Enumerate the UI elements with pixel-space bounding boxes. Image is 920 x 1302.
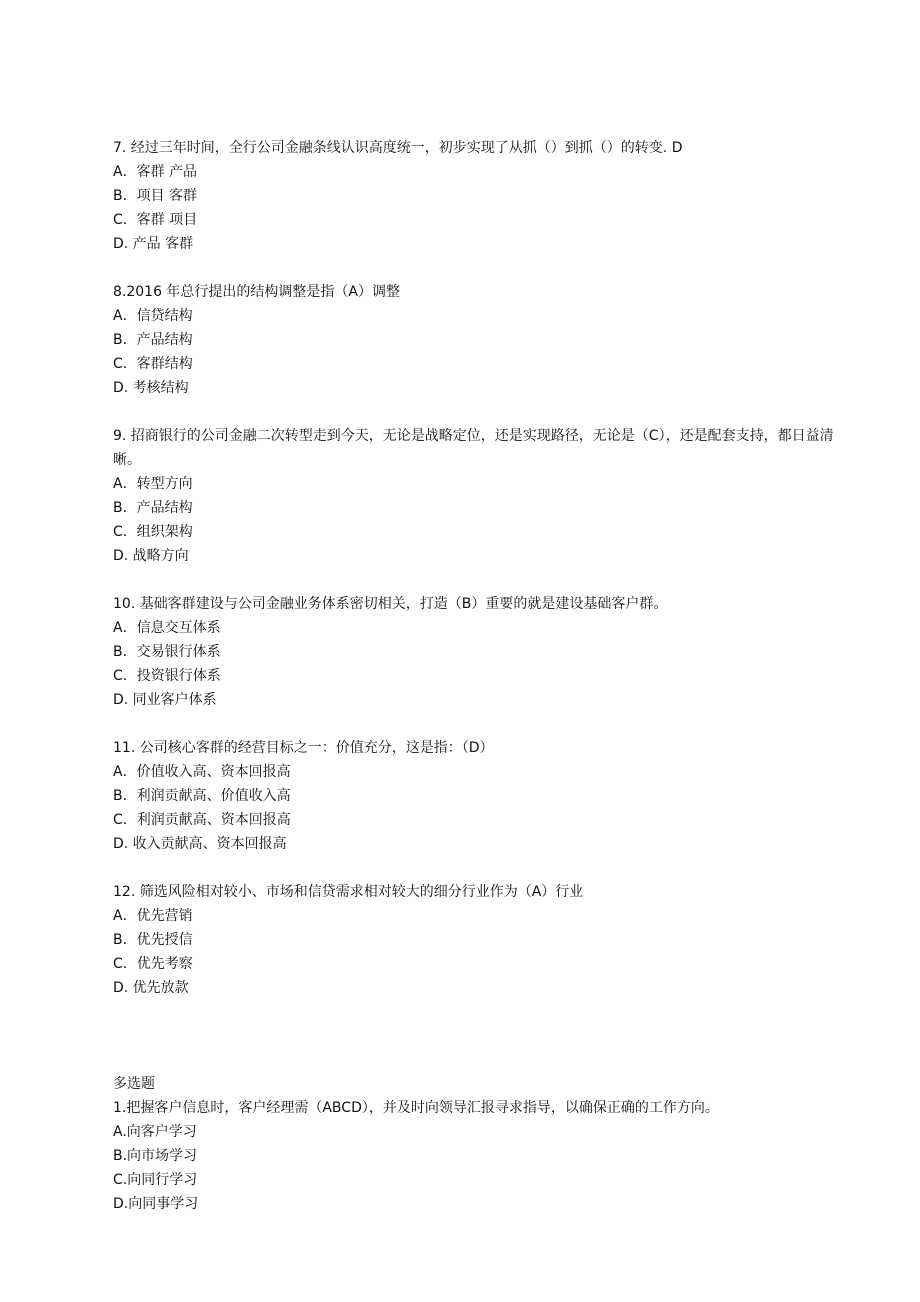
option-b: B．优先授信 — [113, 928, 853, 952]
option-a: A．信息交互体系 — [113, 616, 853, 640]
document-content: 7. 经过三年时间，全行公司金融条线认识高度统一，初步实现了从抓（）到抓（）的转… — [113, 136, 853, 1240]
option-b: B．交易银行体系 — [113, 640, 853, 664]
option-b: B.向市场学习 — [113, 1144, 853, 1168]
question-7: 7. 经过三年时间，全行公司金融条线认识高度统一，初步实现了从抓（）到抓（）的转… — [113, 136, 853, 256]
option-a: A．客群 产品 — [113, 160, 853, 184]
option-d: D. 同业客户体系 — [113, 688, 853, 712]
option-c: C．客群 项目 — [113, 208, 853, 232]
option-b: B．项目 客群 — [113, 184, 853, 208]
question-stem: 9. 招商银行的公司金融二次转型走到今天，无论是战略定位，还是实现路径，无论是（… — [113, 424, 853, 472]
question-9: 9. 招商银行的公司金融二次转型走到今天，无论是战略定位，还是实现路径，无论是（… — [113, 424, 853, 568]
question-stem: 10. 基础客群建设与公司金融业务体系密切相关，打造（B）重要的就是建设基础客户… — [113, 592, 853, 616]
option-a: A．优先营销 — [113, 904, 853, 928]
question-stem: 1.把握客户信息时，客户经理需（ABCD），并及时向领导汇报寻求指导，以确保正确… — [113, 1096, 853, 1120]
option-c: C．投资银行体系 — [113, 664, 853, 688]
question-stem: 12. 筛选风险相对较小、市场和信贷需求相对较大的细分行业作为（A）行业 — [113, 880, 853, 904]
question-stem: 8.2016 年总行提出的结构调整是指（A）调整 — [113, 280, 853, 304]
option-d: D. 考核结构 — [113, 376, 853, 400]
option-c: C．组织架构 — [113, 520, 853, 544]
option-c: C．客群结构 — [113, 352, 853, 376]
option-d: D. 收入贡献高、资本回报高 — [113, 832, 853, 856]
option-d: D. 产品 客群 — [113, 232, 853, 256]
question-8: 8.2016 年总行提出的结构调整是指（A）调整 A．信贷结构 B．产品结构 C… — [113, 280, 853, 400]
option-a: A．价值收入高、资本回报高 — [113, 760, 853, 784]
option-c: C．优先考察 — [113, 952, 853, 976]
option-d: D.向同事学习 — [113, 1192, 853, 1216]
section-spacer — [113, 1024, 853, 1072]
multi-choice-section: 多选题 1.把握客户信息时，客户经理需（ABCD），并及时向领导汇报寻求指导，以… — [113, 1072, 853, 1216]
question-11: 11. 公司核心客群的经营目标之一：价值充分，这是指：（D） A．价值收入高、资… — [113, 736, 853, 856]
question-12: 12. 筛选风险相对较小、市场和信贷需求相对较大的细分行业作为（A）行业 A．优… — [113, 880, 853, 1000]
document-page: 7. 经过三年时间，全行公司金融条线认识高度统一，初步实现了从抓（）到抓（）的转… — [0, 0, 920, 1302]
option-a: A.向客户学习 — [113, 1120, 853, 1144]
option-d: D. 战略方向 — [113, 544, 853, 568]
option-d: D. 优先放款 — [113, 976, 853, 1000]
multi-question-1: 1.把握客户信息时，客户经理需（ABCD），并及时向领导汇报寻求指导，以确保正确… — [113, 1096, 853, 1216]
question-10: 10. 基础客群建设与公司金融业务体系密切相关，打造（B）重要的就是建设基础客户… — [113, 592, 853, 712]
option-b: B．利润贡献高、价值收入高 — [113, 784, 853, 808]
option-a: A．转型方向 — [113, 472, 853, 496]
option-c: C.向同行学习 — [113, 1168, 853, 1192]
option-b: B．产品结构 — [113, 328, 853, 352]
question-stem: 7. 经过三年时间，全行公司金融条线认识高度统一，初步实现了从抓（）到抓（）的转… — [113, 136, 853, 160]
option-a: A．信贷结构 — [113, 304, 853, 328]
question-stem: 11. 公司核心客群的经营目标之一：价值充分，这是指：（D） — [113, 736, 853, 760]
option-c: C．利润贡献高、资本回报高 — [113, 808, 853, 832]
section-heading: 多选题 — [113, 1072, 853, 1096]
option-b: B．产品结构 — [113, 496, 853, 520]
